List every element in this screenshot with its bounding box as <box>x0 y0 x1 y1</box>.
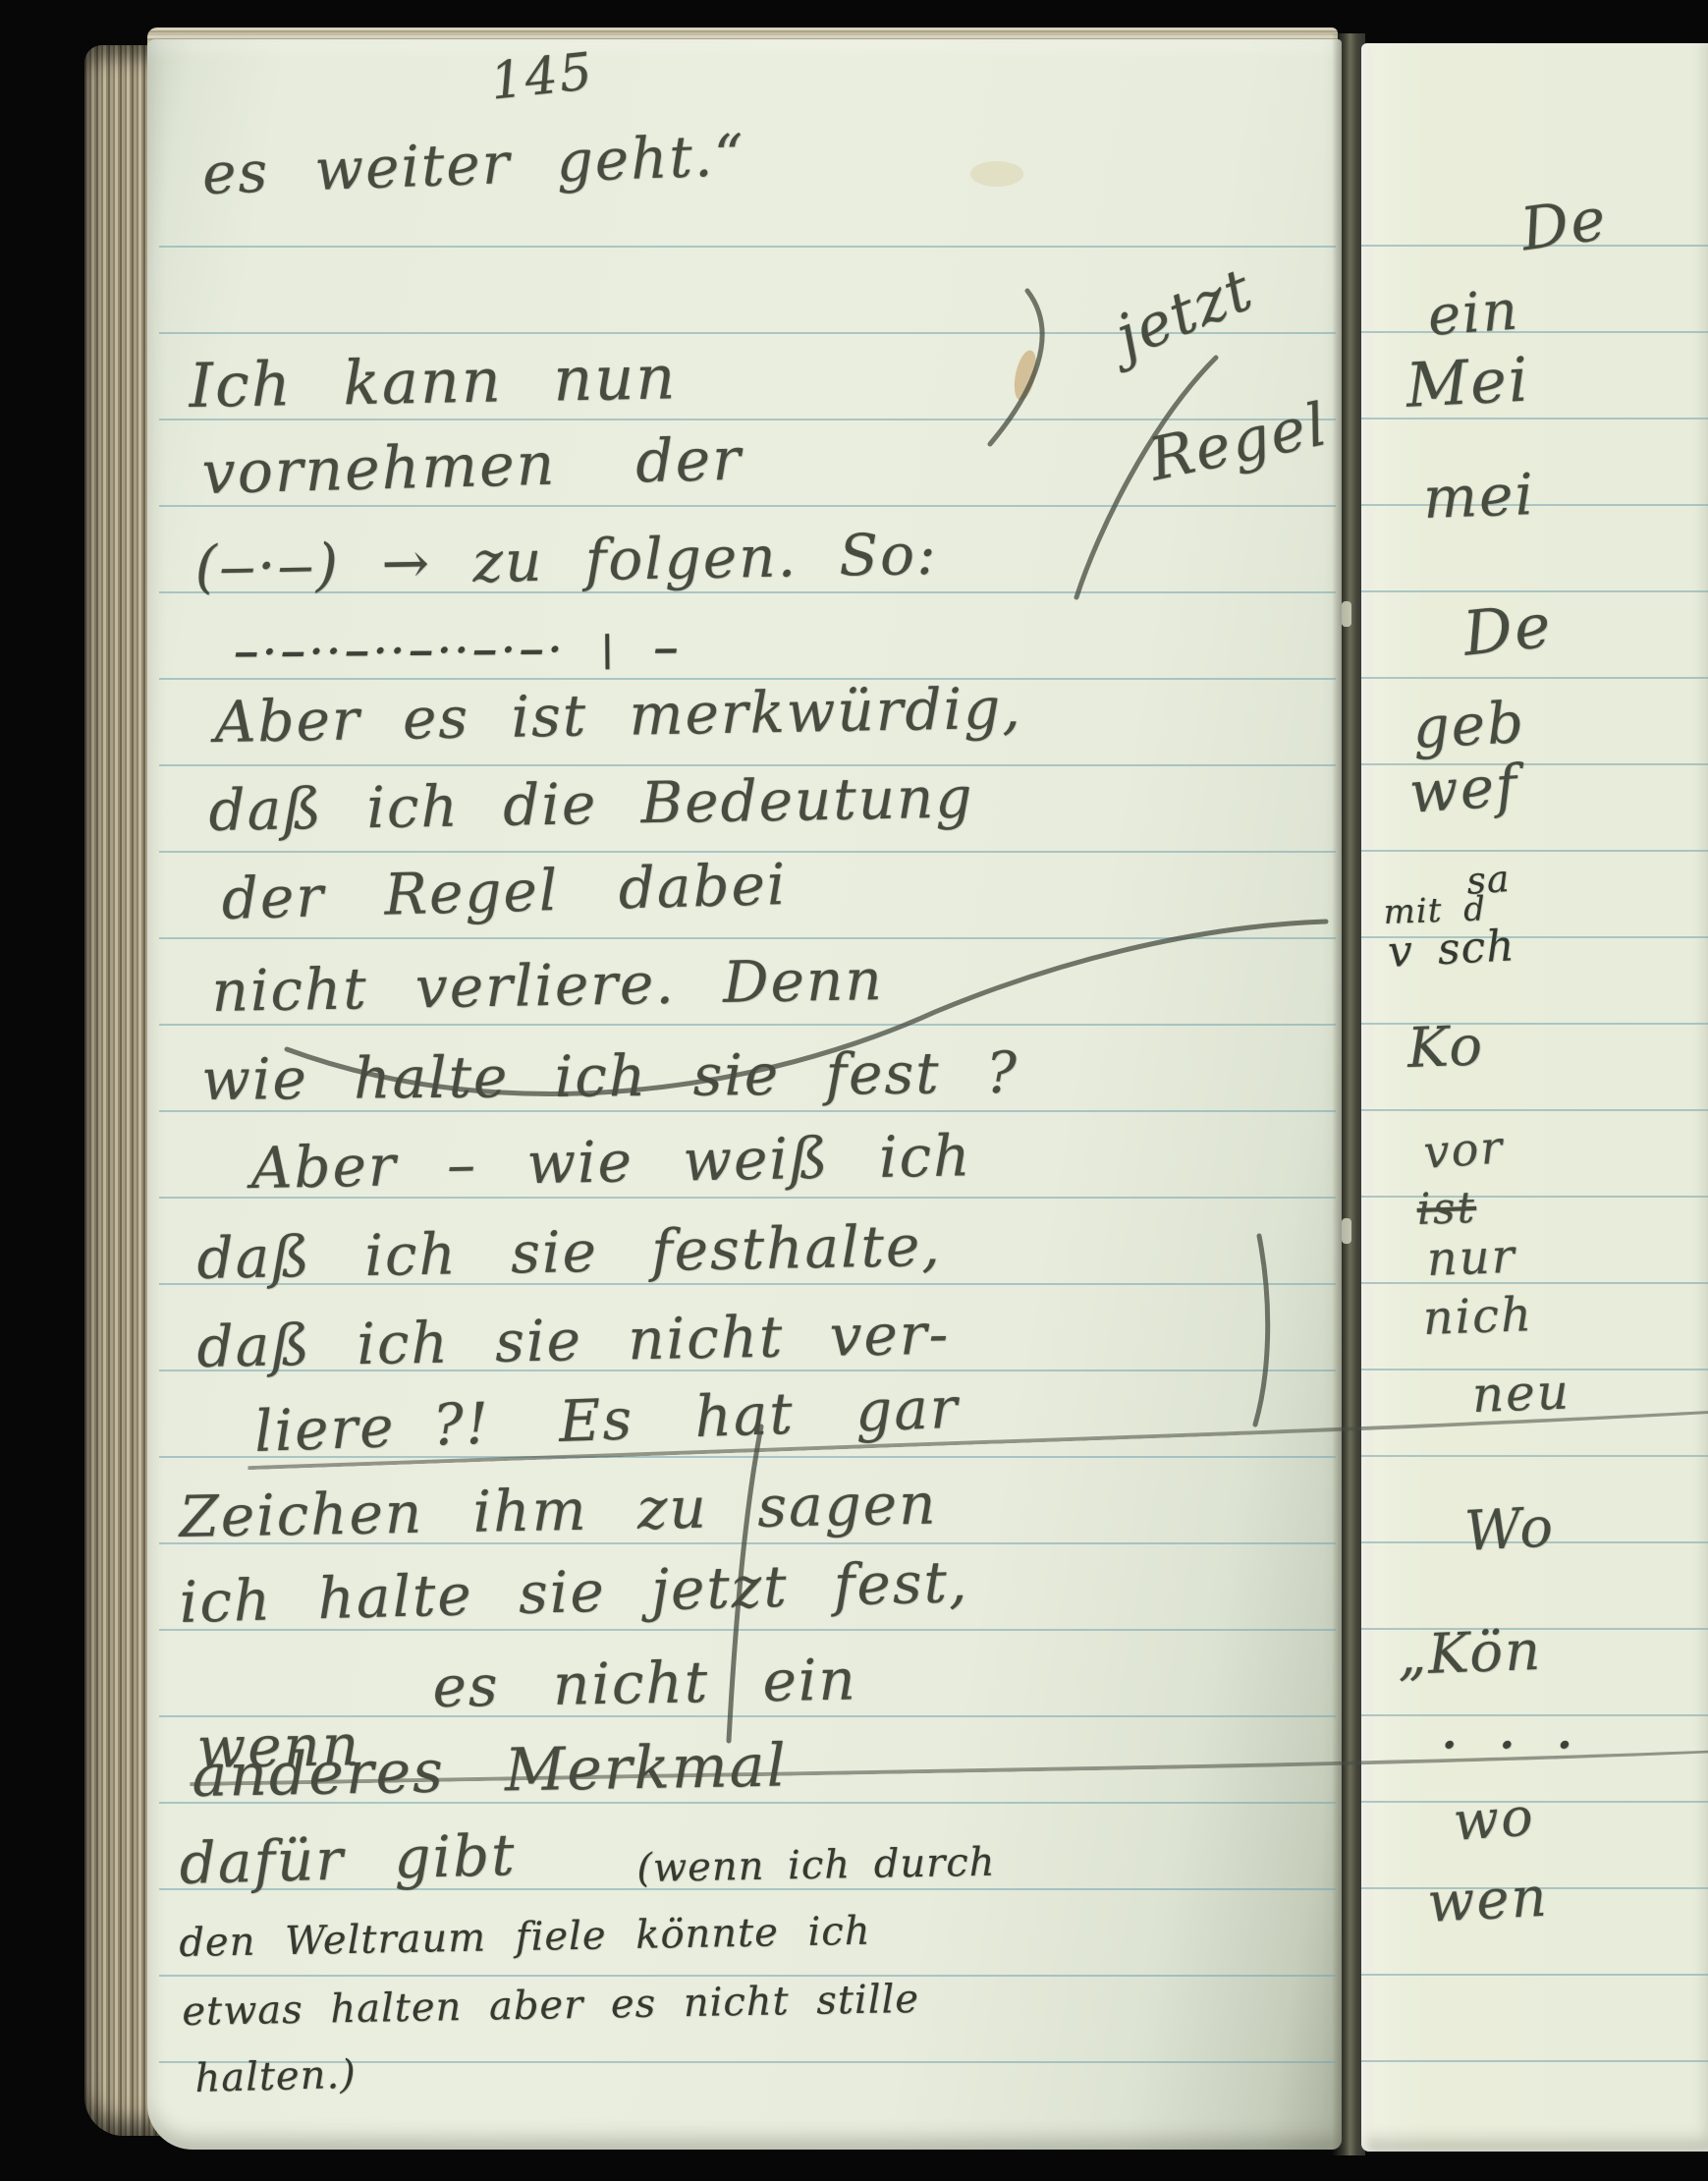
handwritten-fragment-12: vor <box>1422 1124 1506 1175</box>
binding-stitch <box>1342 1218 1351 1244</box>
handwritten-line-17b: es nicht ein <box>432 1650 857 1715</box>
handwritten-line-15: Zeichen ihm zu sagen <box>179 1476 938 1545</box>
handwritten-fragment-11: Ko <box>1406 1019 1485 1077</box>
notebook-photo: 145 es weiter geht.“ Ich kann nun jetzt … <box>0 0 1708 2181</box>
handwritten-fragment-20: wo <box>1452 1790 1536 1849</box>
handwritten-fragment-04: mei <box>1422 466 1536 527</box>
handwritten-line-18: anderes Merkmal <box>192 1736 788 1806</box>
binding-stitch <box>1342 601 1351 627</box>
handwritten-line-19b: (wenn ich durch <box>636 1843 996 1888</box>
handwritten-line-12: daß ich sie festhalte, <box>196 1217 942 1287</box>
handwritten-line-09: nicht verliere. Denn <box>211 951 884 1020</box>
handwritten-fragment-18: „Kön <box>1397 1624 1543 1684</box>
handwritten-fragment-02: ein <box>1426 284 1521 345</box>
handwritten-fragment-13: ist <box>1416 1187 1477 1232</box>
handwritten-fragment-10: v sch <box>1387 924 1516 975</box>
handwritten-fragment-15: nich <box>1422 1291 1534 1342</box>
page-number: 145 <box>488 46 596 108</box>
handwritten-line-02a: Ich kann nun <box>189 347 678 417</box>
handwritten-line-05-morse: ‒·‒··‒··‒··‒·‒· | ‒ <box>234 631 684 670</box>
handwritten-fragment-06: geb <box>1411 694 1526 756</box>
handwritten-fragment-16: neu <box>1471 1368 1571 1420</box>
handwritten-line-11: Aber – wie weiß ich <box>250 1127 972 1197</box>
handwritten-line-04: (‒·‒) → zu folgen. So: <box>194 526 938 595</box>
handwritten-fragment-03: Mei <box>1405 349 1531 417</box>
handwritten-line-19a: dafür gibt <box>179 1826 517 1892</box>
spine-gutter <box>1332 33 1365 2155</box>
handwritten-fragment-14: nur <box>1426 1233 1516 1283</box>
handwritten-fragment-05: De <box>1460 595 1555 665</box>
handwritten-line-01: es weiter geht.“ <box>201 127 746 202</box>
handwritten-fragment-19: · · · <box>1442 1724 1577 1767</box>
handwritten-fragment-17: Wo <box>1463 1500 1556 1560</box>
handwritten-line-03a: vornehmen der <box>201 430 744 503</box>
handwritten-line-10: wie halte ich sie fest ? <box>201 1044 1019 1108</box>
handwritten-fragment-07: wef <box>1407 756 1520 821</box>
handwritten-line-13: daß ich sie nicht ver- <box>196 1306 951 1375</box>
handwritten-line-22: halten.) <box>194 2055 357 2098</box>
handwritten-line-08: der Regel dabei <box>221 856 788 927</box>
handwritten-fragment-01: De <box>1517 190 1611 260</box>
handwritten-fragment-21: wen <box>1426 1871 1550 1931</box>
handwritten-line-06: Aber es ist merkwürdig, <box>214 680 1022 751</box>
handwritten-line-20: den Weltraum fiele könnte ich <box>179 1912 871 1963</box>
handwritten-line-07: daß ich die Bedeutung <box>208 768 974 839</box>
handwritten-line-14b: Es hat gar <box>558 1379 960 1450</box>
